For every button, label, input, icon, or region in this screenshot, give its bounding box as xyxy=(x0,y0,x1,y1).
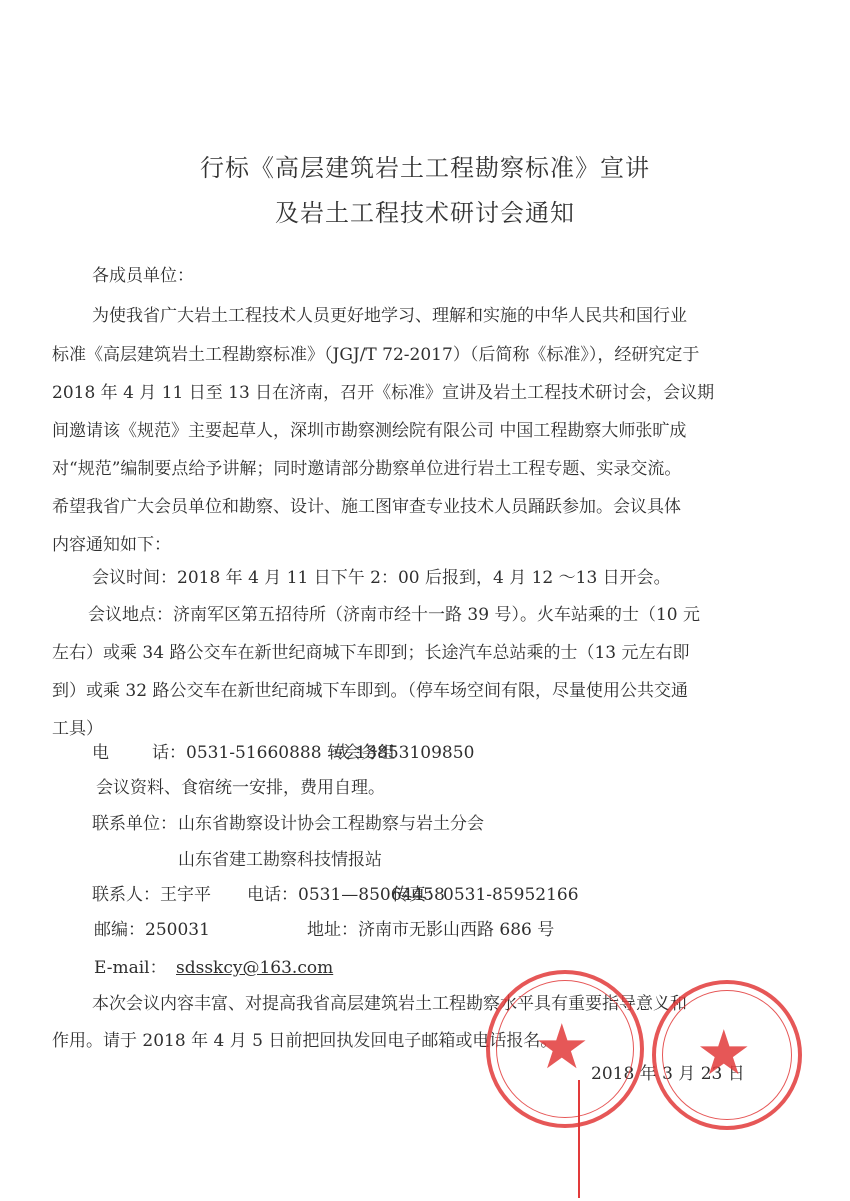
email-link[interactable]: sdsskcy@163.com xyxy=(176,956,333,980)
title-line-1: 行标《高层建筑岩土工程勘察标准》宣讲 xyxy=(0,148,850,183)
email-label: E-mail： xyxy=(94,956,167,980)
paragraph-1-line: 标准《高层建筑岩土工程勘察标准》（JGJ/T 72-2017）（后简称《标准》）… xyxy=(52,343,699,367)
meeting-place-line: 会议地点：济南军区第五招待所（济南市经十一路 39 号）。火车站乘的士（10 元 xyxy=(88,603,700,627)
contact-unit-2: 山东省建工勘察科技情报站 xyxy=(178,848,382,872)
meeting-place-line: 到）或乘 32 路公交车在新世纪商城下车即到。（停车场空间有限，尽量使用公共交通 xyxy=(52,679,688,703)
paragraph-1-line: 内容通知如下： xyxy=(52,533,171,557)
contact-fax: 传真：0531-85952166 xyxy=(392,883,579,907)
phone-label: 电 xyxy=(92,741,109,765)
meeting-place-line: 左右）或乘 34 路公交车在新世纪商城下车即到；长途汽车总站乘的士（13 元左右… xyxy=(52,641,689,665)
postcode: 邮编：250031 xyxy=(94,918,210,942)
contact-unit-1: 山东省勘察设计协会工程勘察与岩土分会 xyxy=(178,812,484,836)
paragraph-1-line: 间邀请该《规范》主要起草人，深圳市勘察测绘院有限公司 中国工程勘察大师张旷成 xyxy=(52,419,686,443)
contact-unit-label: 联系单位： xyxy=(92,812,177,836)
contact-person: 联系人：王宇平 xyxy=(92,883,211,907)
meeting-time: 会议时间：2018 年 4 月 11 日下午 2：00 后报到，4 月 12 ～… xyxy=(92,566,671,590)
paragraph-1-line: 为使我省广大岩土工程技术人员更好地学习、理解和实施的中华人民共和国行业 xyxy=(92,304,687,328)
phone-alt: 或 13853109850 xyxy=(333,741,474,765)
star-icon: ★ xyxy=(534,1016,590,1078)
salutation: 各成员单位： xyxy=(92,264,194,288)
address: 地址：济南市无影山西路 686 号 xyxy=(307,918,554,942)
paragraph-1-line: 希望我省广大会员单位和勘察、设计、施工图审查专业技术人员踊跃参加。会议具体 xyxy=(52,495,681,519)
seal-crease-line xyxy=(578,1080,580,1198)
star-icon: ★ xyxy=(696,1022,752,1084)
official-seal-left: ★ xyxy=(486,970,644,1128)
paragraph-1-line: 2018 年 4 月 11 日至 13 日在济南，召开《标准》宣讲及岩土工程技术… xyxy=(52,381,714,405)
meeting-place-line: 工具） xyxy=(52,717,103,741)
closing-line: 作用。请于 2018 年 4 月 5 日前把回执发回电子邮箱或电话报名。 xyxy=(52,1029,557,1053)
expenses-note: 会议资料、食宿统一安排，费用自理。 xyxy=(96,776,385,800)
title-line-2: 及岩土工程技术研讨会通知 xyxy=(0,193,850,228)
official-seal-right: ★ xyxy=(652,980,802,1130)
paragraph-1-line: 对“规范”编制要点给予讲解；同时邀请部分勘察单位进行岩土工程专题、实录交流。 xyxy=(52,457,681,481)
